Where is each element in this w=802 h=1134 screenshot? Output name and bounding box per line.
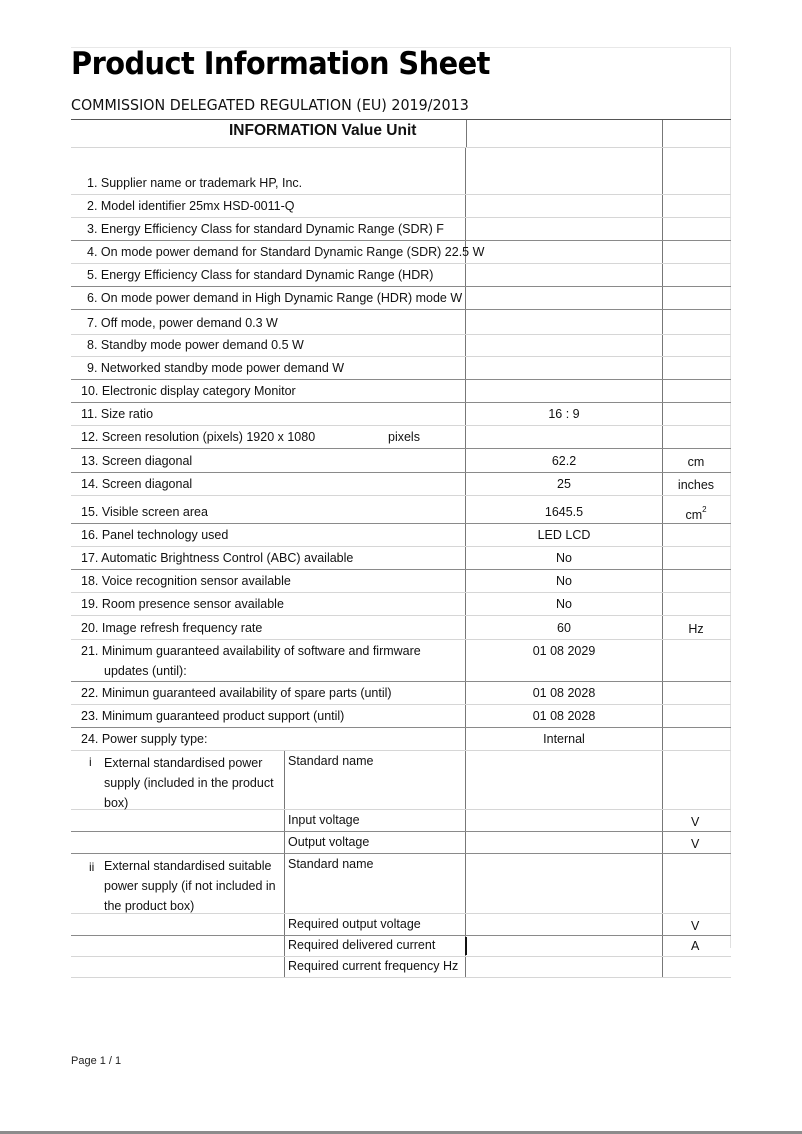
row-label: 19. Room presence sensor available [81, 597, 284, 611]
ps-included-field-unit: V [691, 815, 699, 829]
ps-suitable-field-label: Required output voltage [288, 917, 421, 931]
row-label: 2. Model identifier 25mx HSD-0011-Q [87, 199, 295, 213]
ps-included-row: i External standardised power supply (in… [71, 751, 731, 810]
ps-included-marker: i [89, 755, 92, 769]
table-row: 14. Screen diagonal25inches [71, 473, 731, 496]
row-label: 8. Standby mode power demand 0.5 W [87, 338, 304, 352]
row-value: No [466, 597, 662, 611]
regulation-subtitle: COMMISSION DELEGATED REGULATION (EU) 201… [71, 96, 469, 114]
table-row: 23. Minimum guaranteed product support (… [71, 705, 731, 728]
row-label: 15. Visible screen area [81, 505, 208, 519]
row-label: 23. Minimum guaranteed product support (… [81, 709, 344, 723]
document-title: Product Information Sheet [71, 46, 490, 82]
row-value: 1645.5 [466, 505, 662, 519]
ps-suitable-field-label: Required current frequency Hz [288, 959, 458, 973]
row-label: 21. Minimum guaranteed availability of s… [81, 644, 421, 658]
ps-included-field-label: Standard name [288, 754, 373, 768]
product-info-table: INFORMATION Value Unit 1. Supplier name … [71, 119, 731, 978]
row-label: 24. Power supply type: [81, 732, 207, 746]
table-row: 24. Power supply type:Internal [71, 728, 731, 751]
row-value: No [466, 551, 662, 565]
table-row: 3. Energy Efficiency Class for standard … [71, 218, 731, 241]
row-value: 01 08 2028 [466, 709, 662, 723]
table-row: 9. Networked standby mode power demand W [71, 357, 731, 380]
ps-included-label: External standardised power supply (incl… [104, 753, 282, 813]
table-header: INFORMATION Value Unit [229, 122, 416, 140]
row-value: Internal [466, 732, 662, 746]
row-unit: cm2 [663, 507, 729, 522]
row-label: 10. Electronic display category Monitor [81, 384, 296, 398]
ps-suitable-row: Required current frequency Hz [71, 957, 731, 978]
row-value: 01 08 2029 [466, 644, 662, 658]
row-value: 01 08 2028 [466, 686, 662, 700]
row-label: 11. Size ratio [81, 407, 153, 421]
table-row: 20. Image refresh frequency rate60Hz [71, 616, 731, 640]
ps-suitable-row: ii External standardised suitable power … [71, 854, 731, 914]
ps-included-field-label: Input voltage [288, 813, 360, 827]
table-row: 18. Voice recognition sensor availableNo [71, 570, 731, 593]
table-row: 5. Energy Efficiency Class for standard … [71, 264, 731, 287]
table-row: 21. Minimum guaranteed availability of s… [71, 640, 731, 682]
table-row: 2. Model identifier 25mx HSD-0011-Q [71, 195, 731, 218]
row-label: 13. Screen diagonal [81, 454, 192, 468]
row-value: 60 [466, 621, 662, 635]
ps-suitable-row: Required delivered current A [71, 936, 731, 957]
table-row: 19. Room presence sensor availableNo [71, 593, 731, 616]
ps-suitable-field-unit: V [691, 919, 699, 933]
table-row: 17. Automatic Brightness Control (ABC) a… [71, 547, 731, 570]
row-label: 5. Energy Efficiency Class for standard … [87, 268, 433, 282]
table-row: 1. Supplier name or trademark HP, Inc. [71, 148, 731, 195]
row-unit: cm [663, 454, 729, 469]
row-label: 7. Off mode, power demand 0.3 W [87, 316, 278, 330]
table-row: 11. Size ratio16 : 9 [71, 403, 731, 426]
row-label: 14. Screen diagonal [81, 477, 192, 491]
row-unit: inches [663, 477, 729, 492]
table-row: 16. Panel technology usedLED LCD [71, 524, 731, 547]
row-label: 1. Supplier name or trademark HP, Inc. [87, 176, 302, 190]
ps-suitable-row: Required output voltage V [71, 914, 731, 936]
row-label: 3. Energy Efficiency Class for standard … [87, 222, 444, 236]
ps-suitable-field-label: Standard name [288, 857, 373, 871]
table-row: 22. Minimun guaranteed availability of s… [71, 682, 731, 705]
page-number: Page 1 / 1 [71, 1055, 121, 1067]
ps-suitable-field-unit: A [691, 939, 699, 953]
row-label: 16. Panel technology used [81, 528, 228, 542]
table-row: 13. Screen diagonal62.2cm [71, 449, 731, 473]
table-row: 12. Screen resolution (pixels) 1920 x 10… [71, 426, 731, 449]
table-row: 8. Standby mode power demand 0.5 W [71, 335, 731, 357]
row-value: 62.2 [466, 454, 662, 468]
row-label-continued: updates (until): [104, 664, 187, 678]
row-label: 17. Automatic Brightness Control (ABC) a… [81, 551, 353, 565]
ps-suitable-marker: ii [89, 860, 94, 874]
row-label: 4. On mode power demand for Standard Dyn… [87, 245, 484, 259]
ps-included-field-unit: V [691, 837, 699, 851]
row-label: 12. Screen resolution (pixels) 1920 x 10… [81, 430, 315, 444]
row-label: 22. Minimun guaranteed availability of s… [81, 686, 392, 700]
ps-suitable-label: External standardised suitable power sup… [104, 856, 282, 916]
row-value: No [466, 574, 662, 588]
ps-included-row: Output voltage V [71, 832, 731, 854]
ps-included-row: Input voltage V [71, 810, 731, 832]
row-value: LED LCD [466, 528, 662, 542]
table-row: 7. Off mode, power demand 0.3 W [71, 310, 731, 335]
row-label: 6. On mode power demand in High Dynamic … [87, 291, 462, 305]
row-label: 9. Networked standby mode power demand W [87, 361, 344, 375]
ps-suitable-field-label: Required delivered current [288, 938, 435, 952]
row-extra-unit: pixels [388, 430, 420, 444]
row-unit: Hz [663, 621, 729, 636]
row-value: 16 : 9 [466, 407, 662, 421]
ps-included-field-label: Output voltage [288, 835, 369, 849]
row-label: 18. Voice recognition sensor available [81, 574, 291, 588]
row-label: 20. Image refresh frequency rate [81, 621, 262, 635]
table-row: 4. On mode power demand for Standard Dyn… [71, 241, 731, 264]
table-row: 6. On mode power demand in High Dynamic … [71, 287, 731, 310]
table-header-row: INFORMATION Value Unit [71, 119, 731, 148]
table-row: 10. Electronic display category Monitor [71, 380, 731, 403]
row-value: 25 [466, 477, 662, 491]
table-row: 15. Visible screen area1645.5cm2 [71, 496, 731, 524]
